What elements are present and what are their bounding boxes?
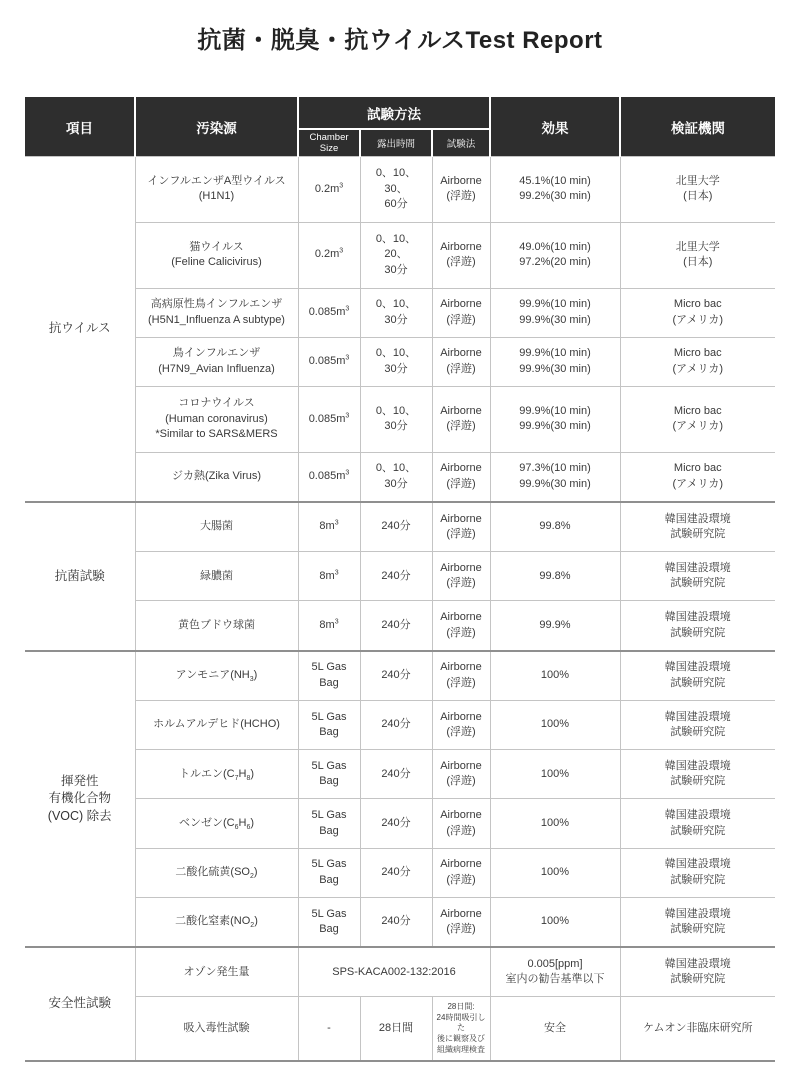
cell-pollution-source: 高病原性鳥インフルエンザ(H5N1_Influenza A subtype)	[135, 288, 298, 337]
cell-test-method: Airborne(浮遊)	[432, 601, 490, 651]
cell-pollution-source: ホルムアルデヒド(HCHO)	[135, 701, 298, 750]
cell-exposure-time: 240分	[360, 848, 432, 897]
cell-test-method: 28日間:24時間吸引した後に観察及び組織病理検査	[432, 997, 490, 1061]
table-row: ジカ熱(Zika Virus)0.085m30、10、30分Airborne(浮…	[25, 452, 775, 502]
cell-organization: 韓国建設環境試験研究院	[620, 750, 775, 799]
cell-exposure-time: 0、10、30分	[360, 452, 432, 502]
cell-chamber-size: 0.085m3	[298, 288, 360, 337]
header-exposure-time: 露出時間	[360, 129, 432, 157]
cell-pollution-source: インフルエンザA型ウイルス(H1N1)	[135, 157, 298, 223]
cell-pollution-source: 猫ウイルス(Feline Calicivirus)	[135, 222, 298, 288]
cell-effect: 99.9%	[490, 601, 620, 651]
cell-chamber-size: -	[298, 997, 360, 1061]
cell-pollution-source: 二酸化硫黄(SO2)	[135, 848, 298, 897]
cell-pollution-source: ジカ熱(Zika Virus)	[135, 452, 298, 502]
cell-organization: 韓国建設環境試験研究院	[620, 701, 775, 750]
cell-organization: 韓国建設環境試験研究院	[620, 502, 775, 552]
cell-pollution-source: オゾン発生量	[135, 947, 298, 997]
cell-test-method: Airborne(浮遊)	[432, 897, 490, 947]
cell-chamber-size: 5L GasBag	[298, 651, 360, 701]
cell-test-method: Airborne(浮遊)	[432, 157, 490, 223]
cell-effect: 100%	[490, 848, 620, 897]
cell-effect: 0.005[ppm]室内の勧告基準以下	[490, 947, 620, 997]
cell-exposure-time: 240分	[360, 897, 432, 947]
cell-organization: Micro bac(アメリカ)	[620, 452, 775, 502]
section-item-cell: 揮発性有機化合物(VOC) 除去	[25, 651, 135, 947]
cell-organization: 韓国建設環境試験研究院	[620, 799, 775, 848]
cell-chamber-size: 8m3	[298, 552, 360, 601]
cell-pollution-source: 二酸化窒素(NO2)	[135, 897, 298, 947]
table-row: 抗菌試験大腸菌8m3240分Airborne(浮遊)99.8%韓国建設環境試験研…	[25, 502, 775, 552]
cell-effect: 49.0%(10 min)97.2%(20 min)	[490, 222, 620, 288]
cell-organization: 韓国建設環境試験研究院	[620, 651, 775, 701]
cell-chamber-size: 0.085m3	[298, 337, 360, 386]
cell-chamber-size: 0.2m3	[298, 222, 360, 288]
section-item-cell: 安全性試験	[25, 947, 135, 1061]
cell-exposure-time: 240分	[360, 552, 432, 601]
cell-chamber-size: 5L GasBag	[298, 897, 360, 947]
cell-effect: 45.1%(10 min)99.2%(30 min)	[490, 157, 620, 223]
table-row: 猫ウイルス(Feline Calicivirus)0.2m30、10、20、30…	[25, 222, 775, 288]
cell-exposure-time: 240分	[360, 601, 432, 651]
cell-exposure-time: 0、10、30分	[360, 288, 432, 337]
section-item-cell: 抗菌試験	[25, 502, 135, 651]
cell-effect: 99.8%	[490, 502, 620, 552]
cell-effect: 100%	[490, 701, 620, 750]
cell-exposure-time: 240分	[360, 651, 432, 701]
cell-test-method: Airborne(浮遊)	[432, 701, 490, 750]
cell-pollution-source: 吸入毒性試験	[135, 997, 298, 1061]
table-row: ホルムアルデヒド(HCHO)5L GasBag240分Airborne(浮遊)1…	[25, 701, 775, 750]
cell-effect: 99.9%(10 min)99.9%(30 min)	[490, 288, 620, 337]
cell-effect: 100%	[490, 651, 620, 701]
cell-organization: 韓国建設環境試験研究院	[620, 947, 775, 997]
cell-organization: Micro bac(アメリカ)	[620, 288, 775, 337]
cell-test-method: Airborne(浮遊)	[432, 799, 490, 848]
cell-test-standard: SPS-KACA002-132:2016	[298, 947, 490, 997]
cell-organization: Micro bac(アメリカ)	[620, 337, 775, 386]
cell-effect: 99.9%(10 min)99.9%(30 min)	[490, 386, 620, 452]
table-row: 鳥インフルエンザ(H7N9_Avian Influenza)0.085m30、1…	[25, 337, 775, 386]
cell-pollution-source: アンモニア(NH3)	[135, 651, 298, 701]
cell-organization: 韓国建設環境試験研究院	[620, 848, 775, 897]
table-row: 抗ウイルスインフルエンザA型ウイルス(H1N1)0.2m30、10、30、60分…	[25, 157, 775, 223]
cell-test-method: Airborne(浮遊)	[432, 288, 490, 337]
report-page: 抗菌・脱臭・抗ウイルスTest Report 項目 汚染源 試験方法 効果 検証…	[0, 0, 800, 1074]
cell-pollution-source: ベンゼン(C6H6)	[135, 799, 298, 848]
header-chamber-size: Chamber Size	[298, 129, 360, 157]
cell-test-method: Airborne(浮遊)	[432, 222, 490, 288]
cell-organization: 北里大学(日本)	[620, 222, 775, 288]
cell-exposure-time: 240分	[360, 750, 432, 799]
cell-test-method: Airborne(浮遊)	[432, 337, 490, 386]
header-organization: 検証機関	[620, 97, 775, 157]
table-row: 吸入毒性試験-28日間28日間:24時間吸引した後に観察及び組織病理検査安全ケム…	[25, 997, 775, 1061]
cell-exposure-time: 0、10、30分	[360, 386, 432, 452]
cell-exposure-time: 0、10、30、60分	[360, 157, 432, 223]
cell-chamber-size: 5L GasBag	[298, 799, 360, 848]
cell-effect: 99.8%	[490, 552, 620, 601]
cell-pollution-source: コロナウイルス(Human coronavirus)*Similar to SA…	[135, 386, 298, 452]
cell-exposure-time: 240分	[360, 799, 432, 848]
table-header: 項目 汚染源 試験方法 効果 検証機関 Chamber Size 露出時間 試験…	[25, 97, 775, 157]
cell-effect: 100%	[490, 799, 620, 848]
cell-organization: 北里大学(日本)	[620, 157, 775, 223]
table-row: 緑膿菌8m3240分Airborne(浮遊)99.8%韓国建設環境試験研究院	[25, 552, 775, 601]
table-row: 安全性試験オゾン発生量SPS-KACA002-132:20160.005[ppm…	[25, 947, 775, 997]
table-row: 二酸化硫黄(SO2)5L GasBag240分Airborne(浮遊)100%韓…	[25, 848, 775, 897]
cell-pollution-source: 緑膿菌	[135, 552, 298, 601]
header-pollution-source: 汚染源	[135, 97, 298, 157]
cell-test-method: Airborne(浮遊)	[432, 452, 490, 502]
table-row: 高病原性鳥インフルエンザ(H5N1_Influenza A subtype)0.…	[25, 288, 775, 337]
cell-pollution-source: トルエン(C7H8)	[135, 750, 298, 799]
header-item: 項目	[25, 97, 135, 157]
cell-exposure-time: 0、10、30分	[360, 337, 432, 386]
cell-organization: 韓国建設環境試験研究院	[620, 897, 775, 947]
header-test-method-group: 試験方法	[298, 97, 490, 129]
cell-test-method: Airborne(浮遊)	[432, 750, 490, 799]
table-row: ベンゼン(C6H6)5L GasBag240分Airborne(浮遊)100%韓…	[25, 799, 775, 848]
cell-effect: 安全	[490, 997, 620, 1061]
cell-pollution-source: 大腸菌	[135, 502, 298, 552]
cell-test-method: Airborne(浮遊)	[432, 651, 490, 701]
cell-organization: 韓国建設環境試験研究院	[620, 552, 775, 601]
cell-exposure-time: 240分	[360, 701, 432, 750]
cell-chamber-size: 0.085m3	[298, 452, 360, 502]
table-row: 黄色ブドウ球菌8m3240分Airborne(浮遊)99.9%韓国建設環境試験研…	[25, 601, 775, 651]
cell-exposure-time: 240分	[360, 502, 432, 552]
cell-test-method: Airborne(浮遊)	[432, 502, 490, 552]
header-test-method: 試験法	[432, 129, 490, 157]
table-body: 抗ウイルスインフルエンザA型ウイルス(H1N1)0.2m30、10、30、60分…	[25, 157, 775, 1062]
cell-test-method: Airborne(浮遊)	[432, 848, 490, 897]
test-report-table: 項目 汚染源 試験方法 効果 検証機関 Chamber Size 露出時間 試験…	[25, 97, 775, 1062]
cell-exposure-time: 28日間	[360, 997, 432, 1061]
cell-chamber-size: 5L GasBag	[298, 848, 360, 897]
table-row: コロナウイルス(Human coronavirus)*Similar to SA…	[25, 386, 775, 452]
cell-organization: Micro bac(アメリカ)	[620, 386, 775, 452]
cell-effect: 100%	[490, 897, 620, 947]
cell-pollution-source: 黄色ブドウ球菌	[135, 601, 298, 651]
header-row-main: 項目 汚染源 試験方法 効果 検証機関	[25, 97, 775, 129]
cell-effect: 97.3%(10 min)99.9%(30 min)	[490, 452, 620, 502]
cell-chamber-size: 0.085m3	[298, 386, 360, 452]
cell-effect: 99.9%(10 min)99.9%(30 min)	[490, 337, 620, 386]
cell-effect: 100%	[490, 750, 620, 799]
cell-chamber-size: 8m3	[298, 601, 360, 651]
table-row: 二酸化窒素(NO2)5L GasBag240分Airborne(浮遊)100%韓…	[25, 897, 775, 947]
cell-pollution-source: 鳥インフルエンザ(H7N9_Avian Influenza)	[135, 337, 298, 386]
section-item-cell: 抗ウイルス	[25, 157, 135, 503]
cell-chamber-size: 5L GasBag	[298, 750, 360, 799]
cell-chamber-size: 8m3	[298, 502, 360, 552]
table-row: 揮発性有機化合物(VOC) 除去アンモニア(NH3)5L GasBag240分A…	[25, 651, 775, 701]
cell-test-method: Airborne(浮遊)	[432, 552, 490, 601]
header-effect: 効果	[490, 97, 620, 157]
cell-chamber-size: 5L GasBag	[298, 701, 360, 750]
page-title: 抗菌・脱臭・抗ウイルスTest Report	[0, 20, 800, 55]
table-row: トルエン(C7H8)5L GasBag240分Airborne(浮遊)100%韓…	[25, 750, 775, 799]
cell-organization: 韓国建設環境試験研究院	[620, 601, 775, 651]
cell-exposure-time: 0、10、20、30分	[360, 222, 432, 288]
cell-test-method: Airborne(浮遊)	[432, 386, 490, 452]
cell-chamber-size: 0.2m3	[298, 157, 360, 223]
cell-organization: ケムオン非臨床研究所	[620, 997, 775, 1061]
